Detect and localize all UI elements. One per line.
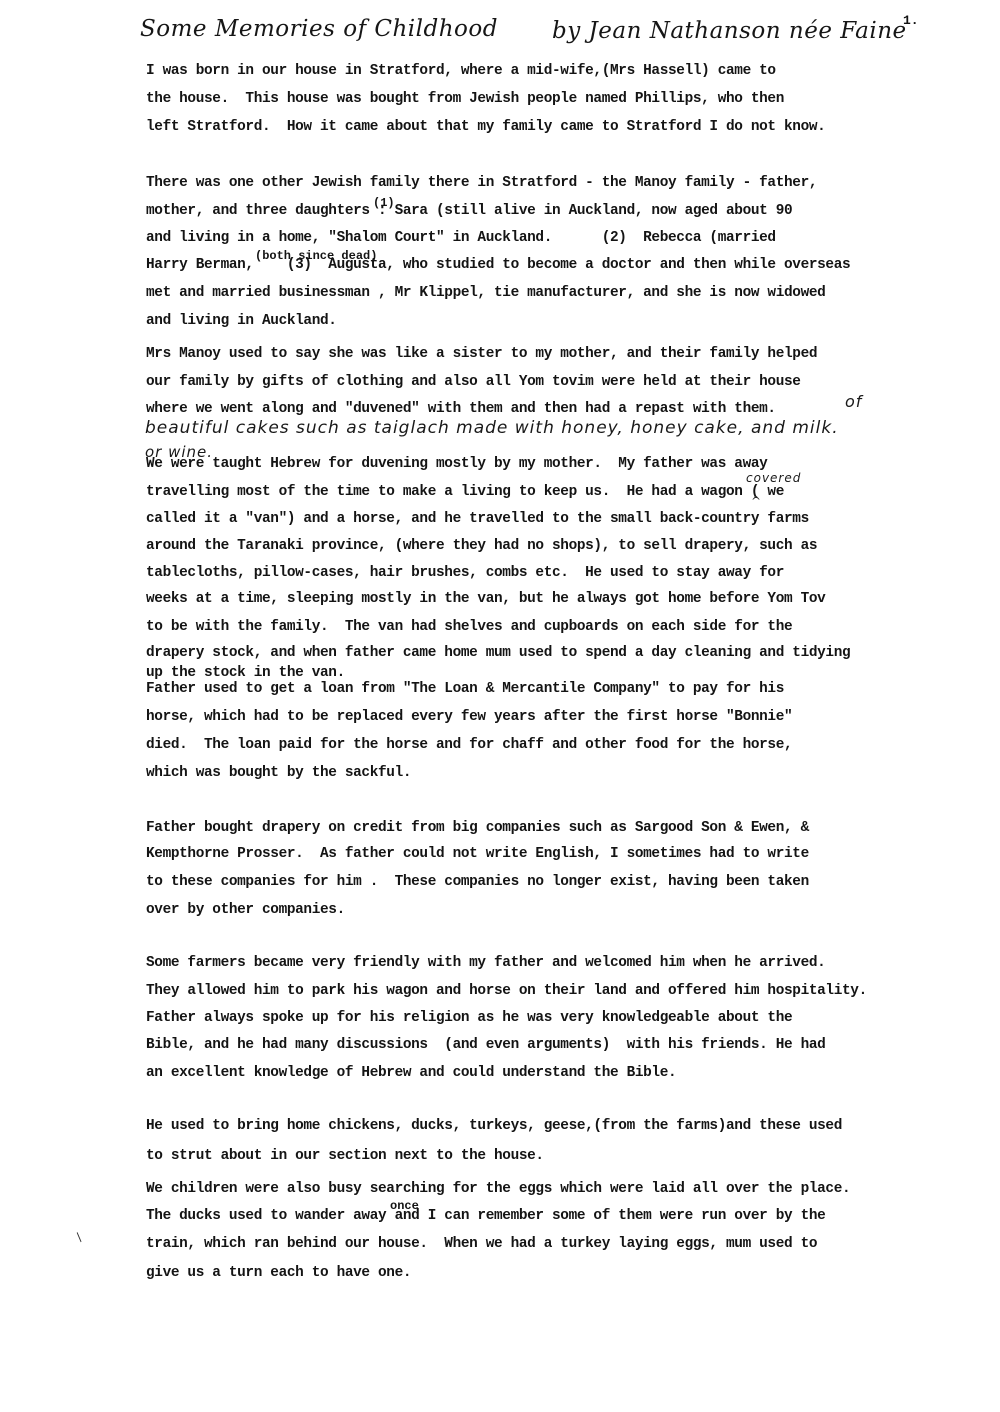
text-line: called it a "van") and a horse, and he t… bbox=[146, 511, 809, 527]
handwritten-title: Some Memories of Childhood by Jean Natha… bbox=[140, 16, 498, 42]
text-line: Father bought drapery on credit from big… bbox=[146, 820, 809, 836]
text-line: There was one other Jewish family there … bbox=[146, 175, 817, 191]
stray-mark: / bbox=[73, 1230, 85, 1243]
text-line: They allowed him to park his wagon and h… bbox=[146, 983, 867, 999]
text-line: The ducks used to wander away and I can … bbox=[146, 1208, 825, 1224]
text-line: died. The loan paid for the horse and fo… bbox=[146, 737, 792, 753]
text-line: train, which ran behind our house. When … bbox=[146, 1236, 817, 1252]
text-line: around the Taranaki province, (where the… bbox=[146, 538, 817, 554]
text-line: Father used to get a loan from "The Loan… bbox=[146, 681, 784, 697]
author-text: by Jean Nathanson née Faine bbox=[552, 18, 907, 44]
handwritten-cakes-annotation: beautiful cakes such as taiglach made wi… bbox=[145, 418, 839, 438]
text-line: where we went along and "duvened" with t… bbox=[146, 401, 776, 417]
text-line: up the stock in the van. bbox=[146, 665, 345, 681]
text-line: Mrs Manoy used to say she was like a sis… bbox=[146, 346, 817, 362]
text-line: Some farmers became very friendly with m… bbox=[146, 955, 825, 971]
page-number: 1. bbox=[903, 13, 919, 28]
text-line: the house. This house was bought from Je… bbox=[146, 91, 784, 107]
text-line: met and married businessman , Mr Klippel… bbox=[146, 285, 825, 301]
text-line: Kempthorne Prosser. As father could not … bbox=[146, 846, 809, 862]
text-line: give us a turn each to have one. bbox=[146, 1265, 411, 1281]
text-line: over by other companies. bbox=[146, 902, 345, 918]
text-line: Father always spoke up for his religion … bbox=[146, 1010, 792, 1026]
text-line: mother, and three daughters : Sara (stil… bbox=[146, 203, 792, 219]
title-text: Some Memories of Childhood bbox=[140, 16, 498, 42]
text-line: drapery stock, and when father came home… bbox=[146, 645, 850, 661]
text-line: to strut about in our section next to th… bbox=[146, 1148, 544, 1164]
text-line: horse, which had to be replaced every fe… bbox=[146, 709, 792, 725]
text-line: tablecloths, pillow-cases, hair brushes,… bbox=[146, 565, 784, 581]
text-line: Harry Berman, (3) Augusta, who studied t… bbox=[146, 257, 850, 273]
text-line: weeks at a time, sleeping mostly in the … bbox=[146, 591, 825, 607]
text-line: an excellent knowledge of Hebrew and cou… bbox=[146, 1065, 676, 1081]
text-line: We were taught Hebrew for duvening mostl… bbox=[146, 456, 767, 472]
document-page: Some Memories of Childhood by Jean Natha… bbox=[0, 0, 1000, 1412]
insertion-caret: ^ bbox=[751, 494, 761, 508]
text-line: Bible, and he had many discussions (and … bbox=[146, 1037, 825, 1053]
text-line: to be with the family. The van had shelv… bbox=[146, 619, 792, 635]
text-line: our family by gifts of clothing and also… bbox=[146, 374, 801, 390]
text-line: travelling most of the time to make a li… bbox=[146, 484, 784, 500]
text-line: We children were also busy searching for… bbox=[146, 1181, 850, 1197]
handwritten-covered: covered bbox=[746, 471, 801, 485]
text-line: to these companies for him . These compa… bbox=[146, 874, 809, 890]
text-line: left Stratford. How it came about that m… bbox=[146, 119, 825, 135]
text-line: and living in Auckland. bbox=[146, 313, 337, 329]
handwritten-of: of bbox=[845, 392, 862, 411]
text-line: I was born in our house in Stratford, wh… bbox=[146, 63, 776, 79]
text-line: and living in a home, "Shalom Court" in … bbox=[146, 230, 776, 246]
text-line: which was bought by the sackful. bbox=[146, 765, 411, 781]
text-line: He used to bring home chickens, ducks, t… bbox=[146, 1118, 842, 1134]
